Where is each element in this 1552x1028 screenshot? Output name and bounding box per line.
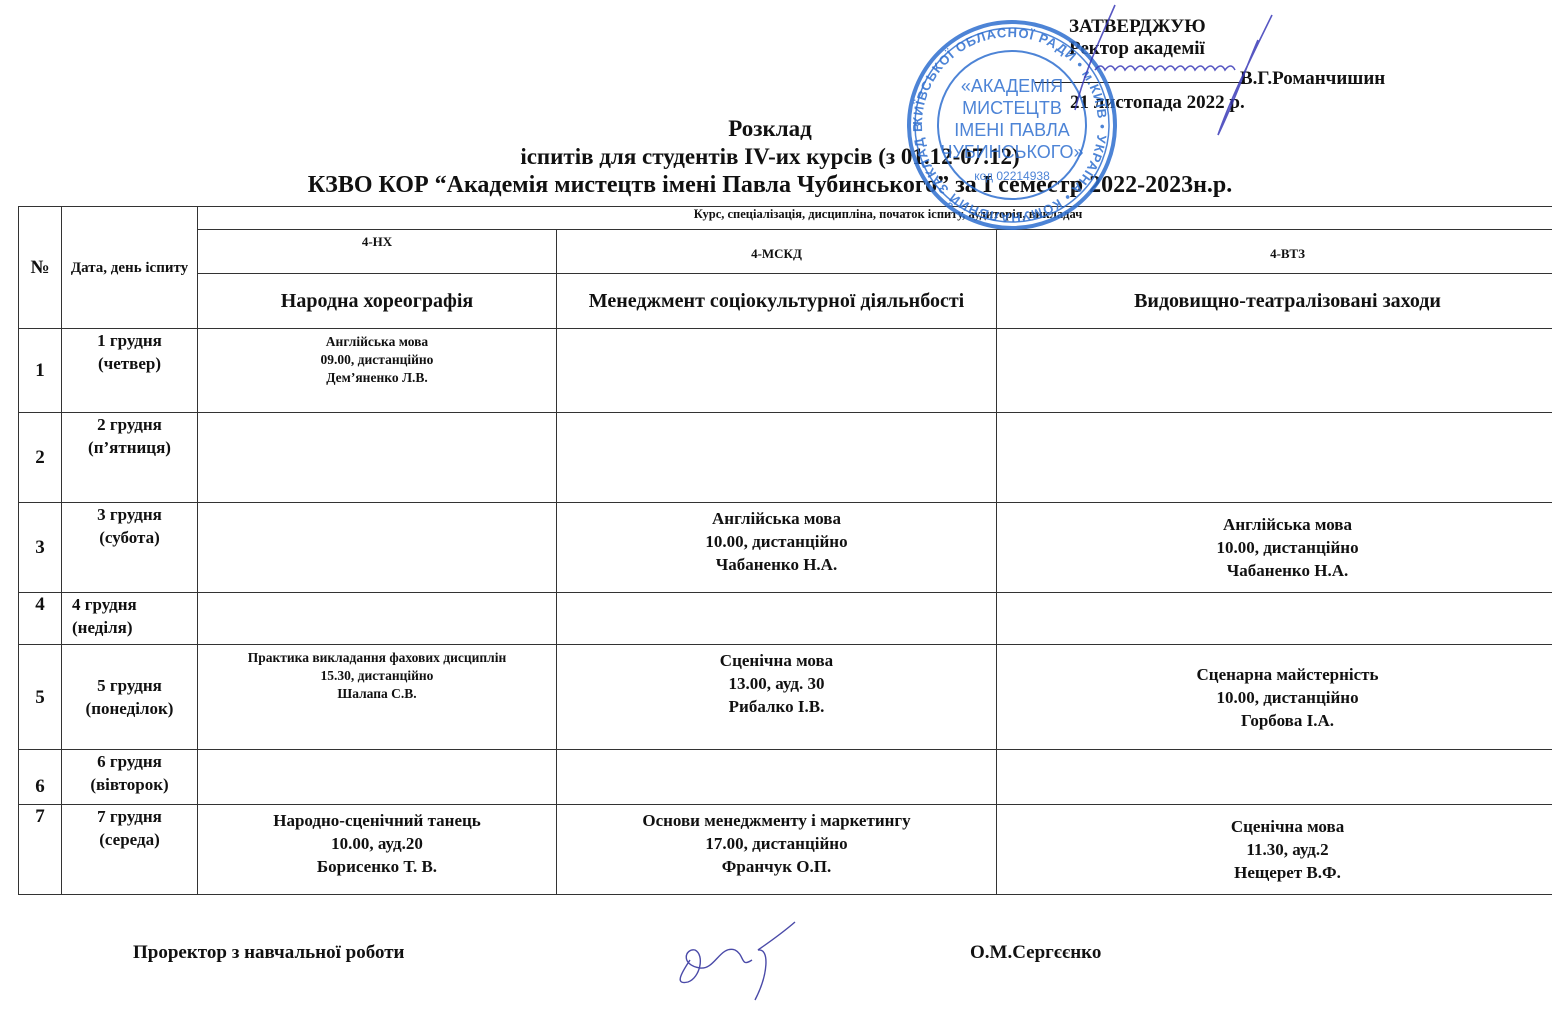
empty-exam-cell bbox=[198, 750, 557, 805]
row-date: 4 грудня(неділя) bbox=[62, 593, 198, 645]
table-row: 66 грудня(вівторок) bbox=[19, 750, 1552, 805]
exam-cell: Сценічна мова13.00, ауд. 30Рибалко І.В. bbox=[557, 645, 997, 750]
header-specialty: Менеджмент соціокультурної діяльнбості bbox=[557, 274, 997, 329]
empty-exam-cell bbox=[557, 329, 997, 413]
exam-cell: Основи менеджменту і маркетингу17.00, ди… bbox=[557, 805, 997, 895]
exam-time-location: 10.00, ауд.20 bbox=[198, 832, 556, 855]
exam-weekday: (п’ятниця) bbox=[62, 436, 197, 459]
empty-exam-cell bbox=[557, 413, 997, 503]
exam-time-location: 10.00, дистанційно bbox=[997, 536, 1552, 559]
footer-position: Проректор з навчальної роботи bbox=[133, 942, 404, 964]
row-date: 2 грудня(п’ятниця) bbox=[62, 413, 198, 503]
exam-subject: Народно-сценічний танець bbox=[198, 809, 556, 832]
exam-teacher: Борисенко Т. В. bbox=[198, 855, 556, 878]
exam-cell: Практика викладання фахових дисциплін15.… bbox=[198, 645, 557, 750]
header-specialty: Народна хореографія bbox=[198, 274, 557, 329]
exam-date: 5 грудня bbox=[62, 674, 197, 697]
table-row: 22 грудня(п’ятниця) bbox=[19, 413, 1552, 503]
svg-text:«АКАДЕМІЯ: «АКАДЕМІЯ bbox=[961, 76, 1063, 96]
exam-cell: Сценарна майстерність10.00, дистанційноГ… bbox=[997, 645, 1552, 750]
empty-exam-cell bbox=[997, 329, 1552, 413]
empty-exam-cell bbox=[997, 593, 1552, 645]
exam-time-location: 09.00, дистанційно bbox=[198, 351, 556, 369]
exam-date: 2 грудня bbox=[62, 413, 197, 436]
approval-position: Ректор академії bbox=[1069, 36, 1205, 61]
row-number: 4 bbox=[19, 593, 62, 645]
empty-exam-cell bbox=[198, 413, 557, 503]
exam-subject: Сценарна майстерність bbox=[997, 663, 1552, 686]
exam-subject: Англійська мова bbox=[557, 507, 996, 530]
document-title: Розклад bbox=[0, 116, 1540, 142]
exam-subject: Сценічна мова bbox=[557, 649, 996, 672]
header-group-caption: Курс, спеціалізація, дисципліна, початок… bbox=[198, 207, 1552, 230]
exam-date: 4 грудня bbox=[72, 593, 197, 616]
row-number: 5 bbox=[19, 645, 62, 750]
row-date: 5 грудня(понеділок) bbox=[62, 645, 198, 750]
exam-teacher: Нещерет В.Ф. bbox=[997, 861, 1552, 884]
exam-teacher: Шалапа С.В. bbox=[198, 685, 556, 703]
exam-schedule-table: № Дата, день іспиту Курс, спеціалізація,… bbox=[18, 206, 1552, 895]
empty-exam-cell bbox=[997, 413, 1552, 503]
table-row: 33 грудня(субота)Англійська мова10.00, д… bbox=[19, 503, 1552, 593]
table-row: 77 грудня(середа)Народно-сценічний танец… bbox=[19, 805, 1552, 895]
row-date: 3 грудня(субота) bbox=[62, 503, 198, 593]
exam-weekday: (неділя) bbox=[72, 616, 197, 639]
exam-time-location: 10.00, дистанційно bbox=[557, 530, 996, 553]
exam-date: 6 грудня bbox=[62, 750, 197, 773]
exam-weekday: (понеділок) bbox=[62, 697, 197, 720]
exam-time-location: 17.00, дистанційно bbox=[557, 832, 996, 855]
exam-weekday: (субота) bbox=[62, 526, 197, 549]
exam-cell: Англійська мова10.00, дистанційноЧабанен… bbox=[557, 503, 997, 593]
document-subtitle: іспитів для студентів IV-их курсів (з 01… bbox=[0, 144, 1540, 170]
row-date: 1 грудня(четвер) bbox=[62, 329, 198, 413]
exam-teacher: Горбова І.А. bbox=[997, 709, 1552, 732]
exam-subject: Практика викладання фахових дисциплін bbox=[198, 649, 556, 667]
row-date: 7 грудня(середа) bbox=[62, 805, 198, 895]
svg-text:МИСТЕЦТВ: МИСТЕЦТВ bbox=[962, 98, 1062, 118]
approval-name: В.Г.Романчишин bbox=[1240, 66, 1385, 91]
exam-teacher: Франчук О.П. bbox=[557, 855, 996, 878]
exam-date: 7 грудня bbox=[62, 805, 197, 828]
exam-cell: Англійська мова09.00, дистанційноДем’яне… bbox=[198, 329, 557, 413]
exam-subject: Англійська мова bbox=[198, 333, 556, 351]
row-number: 1 bbox=[19, 329, 62, 413]
exam-weekday: (середа) bbox=[62, 828, 197, 851]
header-number: № bbox=[19, 207, 62, 329]
exam-teacher: Рибалко І.В. bbox=[557, 695, 996, 718]
table-row: 55 грудня(понеділок)Практика викладання … bbox=[19, 645, 1552, 750]
empty-exam-cell bbox=[557, 750, 997, 805]
header-group-code: 4-ВТЗ bbox=[997, 230, 1552, 274]
header-group-code: 4-НХ bbox=[198, 230, 557, 274]
empty-exam-cell bbox=[198, 593, 557, 645]
exam-teacher: Дем’яненко Л.В. bbox=[198, 369, 556, 387]
document-institution: КЗВО КОР “Академія мистецтв імені Павла … bbox=[0, 172, 1540, 199]
header-group-code: 4-МСКД bbox=[557, 230, 997, 274]
exam-subject: Основи менеджменту і маркетингу bbox=[557, 809, 996, 832]
exam-time-location: 11.30, ауд.2 bbox=[997, 838, 1552, 861]
table-row: 11 грудня(четвер)Англійська мова09.00, д… bbox=[19, 329, 1552, 413]
footer-name: О.М.Сергєєнко bbox=[970, 942, 1101, 964]
exam-teacher: Чабаненко Н.А. bbox=[557, 553, 996, 576]
exam-subject: Сценічна мова bbox=[997, 815, 1552, 838]
empty-exam-cell bbox=[557, 593, 997, 645]
exam-time-location: 10.00, дистанційно bbox=[997, 686, 1552, 709]
vice-rector-signature-icon bbox=[680, 922, 795, 1000]
exam-weekday: (четвер) bbox=[62, 352, 197, 375]
row-date: 6 грудня(вівторок) bbox=[62, 750, 198, 805]
signature-line bbox=[1035, 82, 1245, 83]
exam-teacher: Чабаненко Н.А. bbox=[997, 559, 1552, 582]
row-number: 6 bbox=[19, 750, 62, 805]
row-number: 7 bbox=[19, 805, 62, 895]
table-row: 44 грудня(неділя) bbox=[19, 593, 1552, 645]
exam-cell: Народно-сценічний танець10.00, ауд.20Бор… bbox=[198, 805, 557, 895]
exam-cell: Англійська мова10.00, дистанційноЧабанен… bbox=[997, 503, 1552, 593]
header-date: Дата, день іспиту bbox=[62, 207, 198, 329]
exam-weekday: (вівторок) bbox=[62, 773, 197, 796]
header-specialty: Видовищно-театралізовані заходи bbox=[997, 274, 1552, 329]
exam-time-location: 13.00, ауд. 30 bbox=[557, 672, 996, 695]
exam-date: 3 грудня bbox=[62, 503, 197, 526]
empty-exam-cell bbox=[997, 750, 1552, 805]
approval-date: 21 листопада 2022 р. bbox=[1070, 90, 1245, 115]
exam-date: 1 грудня bbox=[62, 329, 197, 352]
row-number: 2 bbox=[19, 413, 62, 503]
exam-subject: Англійська мова bbox=[997, 513, 1552, 536]
exam-cell: Сценічна мова11.30, ауд.2Нещерет В.Ф. bbox=[997, 805, 1552, 895]
exam-time-location: 15.30, дистанційно bbox=[198, 667, 556, 685]
row-number: 3 bbox=[19, 503, 62, 593]
empty-exam-cell bbox=[198, 503, 557, 593]
